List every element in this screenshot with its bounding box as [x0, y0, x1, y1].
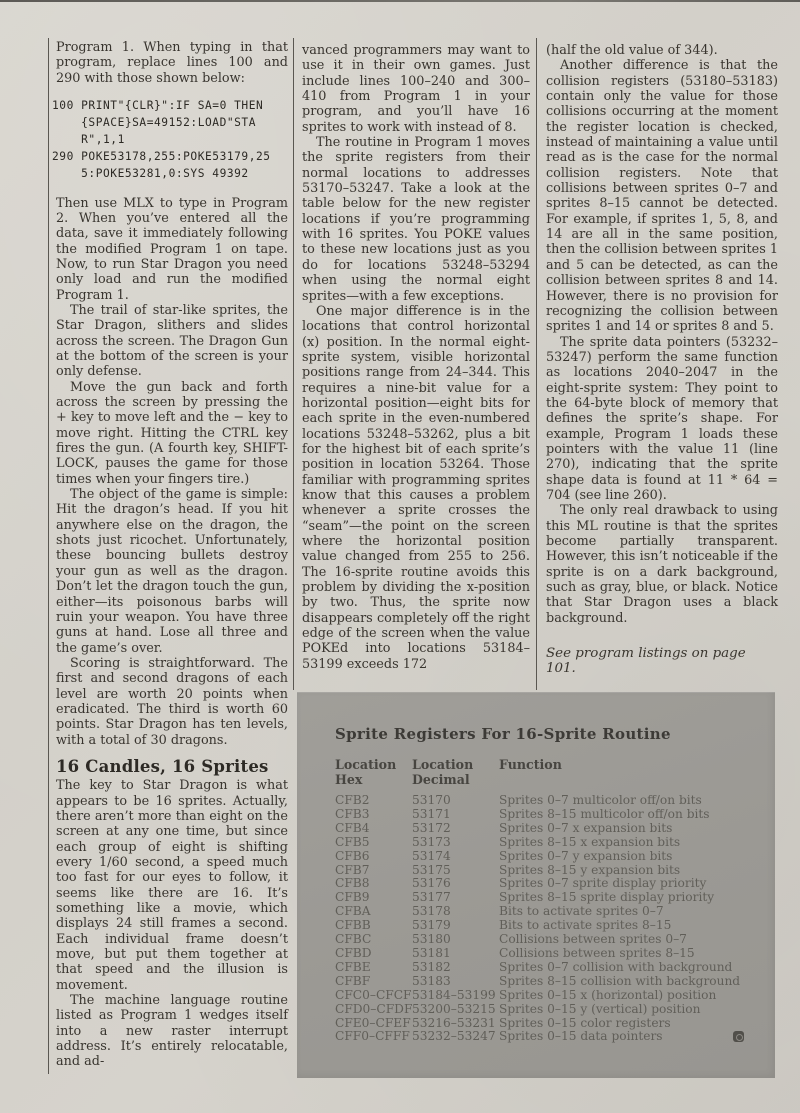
column-rule-2-3: [536, 38, 537, 690]
code-line: 5:POKE53281,0:SYS 49392: [52, 166, 288, 183]
table-row: CFC0–CFCF53184–53199Sprites 0–15 x (hori…: [335, 989, 753, 1003]
table-cell-hex: CFB5: [335, 836, 412, 850]
table-cell-hex: CFB2: [335, 794, 412, 808]
table-cell-hex: CFBA: [335, 905, 412, 919]
table-cell-dec: 53171: [412, 808, 499, 822]
table-cell-func: Sprites 0–7 sprite display priority: [499, 877, 753, 891]
table-cell-func: Sprites 8–15 y expansion bits: [499, 864, 753, 878]
table-cell-func: Sprites 8–15 multicolor off/on bits: [499, 808, 753, 822]
body-paragraph: The machine language routine listed as P…: [56, 993, 288, 1070]
table-cell-dec: 53172: [412, 822, 499, 836]
table-row: CFBE53182Sprites 0–7 collision with back…: [335, 961, 753, 975]
table-title: Sprite Registers For 16-Sprite Routine: [335, 725, 671, 743]
table-cell-hex: CFB9: [335, 891, 412, 905]
table-cell-dec: 53173: [412, 836, 499, 850]
table-cell-hex: CFE0–CFEF: [335, 1017, 412, 1031]
body-paragraph: Move the gun back and forth across the s…: [56, 380, 288, 487]
table-cell-dec: 53200–53215: [412, 1003, 499, 1017]
table-header-function: Function: [499, 757, 562, 787]
body-paragraph: The only real drawback to using this ML …: [546, 503, 778, 626]
table-cell-func: Sprites 8–15 sprite display priority: [499, 891, 753, 905]
table-cell-dec: 53177: [412, 891, 499, 905]
body-paragraph: Scoring is straightforward. The first an…: [56, 656, 288, 748]
table-cell-func: Sprites 0–7 multicolor off/on bits: [499, 794, 753, 808]
table-row: CFB653174Sprites 0–7 y expansion bits: [335, 850, 753, 864]
table-cell-dec: 53182: [412, 961, 499, 975]
table-cell-hex: CFD0–CFDF: [335, 1003, 412, 1017]
body-paragraph: One major difference is in the locations…: [302, 304, 530, 672]
section-heading: 16 Candles, 16 Sprites: [56, 759, 288, 774]
table-cell-dec: 53179: [412, 919, 499, 933]
column-1: Program 1. When typing in that program, …: [56, 40, 288, 1070]
table-cell-hex: CFBE: [335, 961, 412, 975]
table-cell-dec: 53178: [412, 905, 499, 919]
body-paragraph: Then use MLX to type in Program 2. When …: [56, 196, 288, 303]
table-cell-hex: CFB4: [335, 822, 412, 836]
table-body: CFB253170Sprites 0–7 multicolor off/on b…: [335, 794, 753, 1044]
table-cell-func: Sprites 0–7 x expansion bits: [499, 822, 753, 836]
table-cell-dec: 53183: [412, 975, 499, 989]
table-cell-dec: 53232–53247: [412, 1030, 499, 1044]
code-line: 290 POKE53178,255:POKE53179,25: [52, 149, 288, 166]
table-row: CFB353171Sprites 8–15 multicolor off/on …: [335, 808, 753, 822]
table-row: CFBA53178Bits to activate sprites 0–7: [335, 905, 753, 919]
table-cell-hex: CFBB: [335, 919, 412, 933]
table-cell-hex: CFB8: [335, 877, 412, 891]
column-1-paragraphs-after-heading: The key to Star Dragon is what appears t…: [56, 778, 288, 1070]
table-cell-func: Sprites 0–7 collision with background: [499, 961, 753, 975]
magazine-page: Program 1. When typing in that program, …: [0, 0, 800, 1113]
table-cell-hex: CFB7: [335, 864, 412, 878]
table-cell-dec: 53170: [412, 794, 499, 808]
table-row: CFBF53183Sprites 8–15 collision with bac…: [335, 975, 753, 989]
table-cell-dec: 53184–53199: [412, 989, 499, 1003]
table-cell-dec: 53175: [412, 864, 499, 878]
table-cell-func: Sprites 8–15 collision with background: [499, 975, 753, 989]
table-row: CFBB53179Bits to activate sprites 8–15: [335, 919, 753, 933]
column-rule-left: [48, 38, 49, 1074]
table-row: CFB453172Sprites 0–7 x expansion bits: [335, 822, 753, 836]
body-paragraph: The object of the game is simple: Hit th…: [56, 487, 288, 656]
body-paragraph: The key to Star Dragon is what appears t…: [56, 778, 288, 993]
body-paragraph: The trail of star-like sprites, the Star…: [56, 303, 288, 380]
table-cell-hex: CFB3: [335, 808, 412, 822]
table-header-hex-line2: Hex: [335, 772, 362, 787]
page-top-edge-line: [0, 0, 800, 2]
column-2-paragraphs: vanced programmers may want to use it in…: [302, 43, 530, 672]
body-paragraph: (half the old value of 344).: [546, 43, 778, 58]
table-cell-hex: CFC0–CFCF: [335, 989, 412, 1003]
see-listings-note: See program listings on page 101.: [546, 646, 778, 677]
table-row: CFB853176Sprites 0–7 sprite display prio…: [335, 877, 753, 891]
table-cell-func: Bits to activate sprites 0–7: [499, 905, 753, 919]
table-cell-hex: CFBC: [335, 933, 412, 947]
body-paragraph: Another difference is that the collision…: [546, 58, 778, 334]
gazette-end-of-article-icon: [733, 1031, 744, 1042]
table-header-function-line1: Function: [499, 757, 562, 772]
table-cell-dec: 53181: [412, 947, 499, 961]
body-paragraph: vanced programmers may want to use it in…: [302, 43, 530, 135]
body-paragraph: The sprite data pointers (53232–53247) p…: [546, 335, 778, 504]
table-cell-dec: 53180: [412, 933, 499, 947]
table-row: CFBC53180Collisions between sprites 0–7: [335, 933, 753, 947]
column-1-paragraphs: Then use MLX to type in Program 2. When …: [56, 196, 288, 748]
table-cell-func: Sprites 0–15 data pointers: [499, 1030, 753, 1044]
table-header-hex-line1: Location: [335, 757, 396, 772]
intro-paragraph: Program 1. When typing in that program, …: [56, 40, 288, 86]
table-row: CFB953177Sprites 8–15 sprite display pri…: [335, 891, 753, 905]
table-cell-hex: CFF0–CFFF: [335, 1030, 412, 1044]
table-cell-func: Sprites 0–15 color registers: [499, 1017, 753, 1031]
table-cell-dec: 53176: [412, 877, 499, 891]
table-cell-func: Sprites 8–15 x expansion bits: [499, 836, 753, 850]
table-cell-func: Collisions between sprites 8–15: [499, 947, 753, 961]
column-rule-1-2: [293, 38, 294, 690]
table-row: CFB753175Sprites 8–15 y expansion bits: [335, 864, 753, 878]
table-cell-hex: CFBD: [335, 947, 412, 961]
column-3-paragraphs: (half the old value of 344).Another diff…: [546, 43, 778, 626]
table-header-hex: LocationHex: [335, 757, 412, 787]
table-row: CFBD53181Collisions between sprites 8–15: [335, 947, 753, 961]
table-row: CFB553173Sprites 8–15 x expansion bits: [335, 836, 753, 850]
table-header-row: LocationHex LocationDecimal Function: [335, 757, 562, 787]
table-row: CFB253170Sprites 0–7 multicolor off/on b…: [335, 794, 753, 808]
code-line: 100 PRINT"{CLR}":IF SA=0 THEN: [52, 98, 288, 115]
table-row: CFD0–CFDF53200–53215Sprites 0–15 y (vert…: [335, 1003, 753, 1017]
code-line: R",1,1: [52, 132, 288, 149]
table-header-decimal-line1: Location: [412, 757, 473, 772]
table-cell-hex: CFB6: [335, 850, 412, 864]
table-header-decimal: LocationDecimal: [412, 757, 499, 787]
code-line: {SPACE}SA=49152:LOAD"STA: [52, 115, 288, 132]
column-2: vanced programmers may want to use it in…: [302, 43, 530, 672]
table-cell-func: Bits to activate sprites 8–15: [499, 919, 753, 933]
table-header-decimal-line2: Decimal: [412, 772, 470, 787]
table-cell-dec: 53174: [412, 850, 499, 864]
table-cell-func: Sprites 0–7 y expansion bits: [499, 850, 753, 864]
sprite-register-table: Sprite Registers For 16-Sprite Routine L…: [297, 692, 775, 1078]
table-row: CFE0–CFEF53216–53231Sprites 0–15 color r…: [335, 1017, 753, 1031]
table-cell-func: Sprites 0–15 y (vertical) position: [499, 1003, 753, 1017]
table-row: CFF0–CFFF53232–53247Sprites 0–15 data po…: [335, 1030, 753, 1044]
body-paragraph: The routine in Program 1 moves the sprit…: [302, 135, 530, 304]
table-cell-func: Collisions between sprites 0–7: [499, 933, 753, 947]
table-cell-hex: CFBF: [335, 975, 412, 989]
table-cell-func: Sprites 0–15 x (horizontal) position: [499, 989, 753, 1003]
basic-code-listing: 100 PRINT"{CLR}":IF SA=0 THEN {SPACE}SA=…: [52, 98, 288, 183]
column-3: (half the old value of 344).Another diff…: [546, 43, 778, 677]
table-cell-dec: 53216–53231: [412, 1017, 499, 1031]
